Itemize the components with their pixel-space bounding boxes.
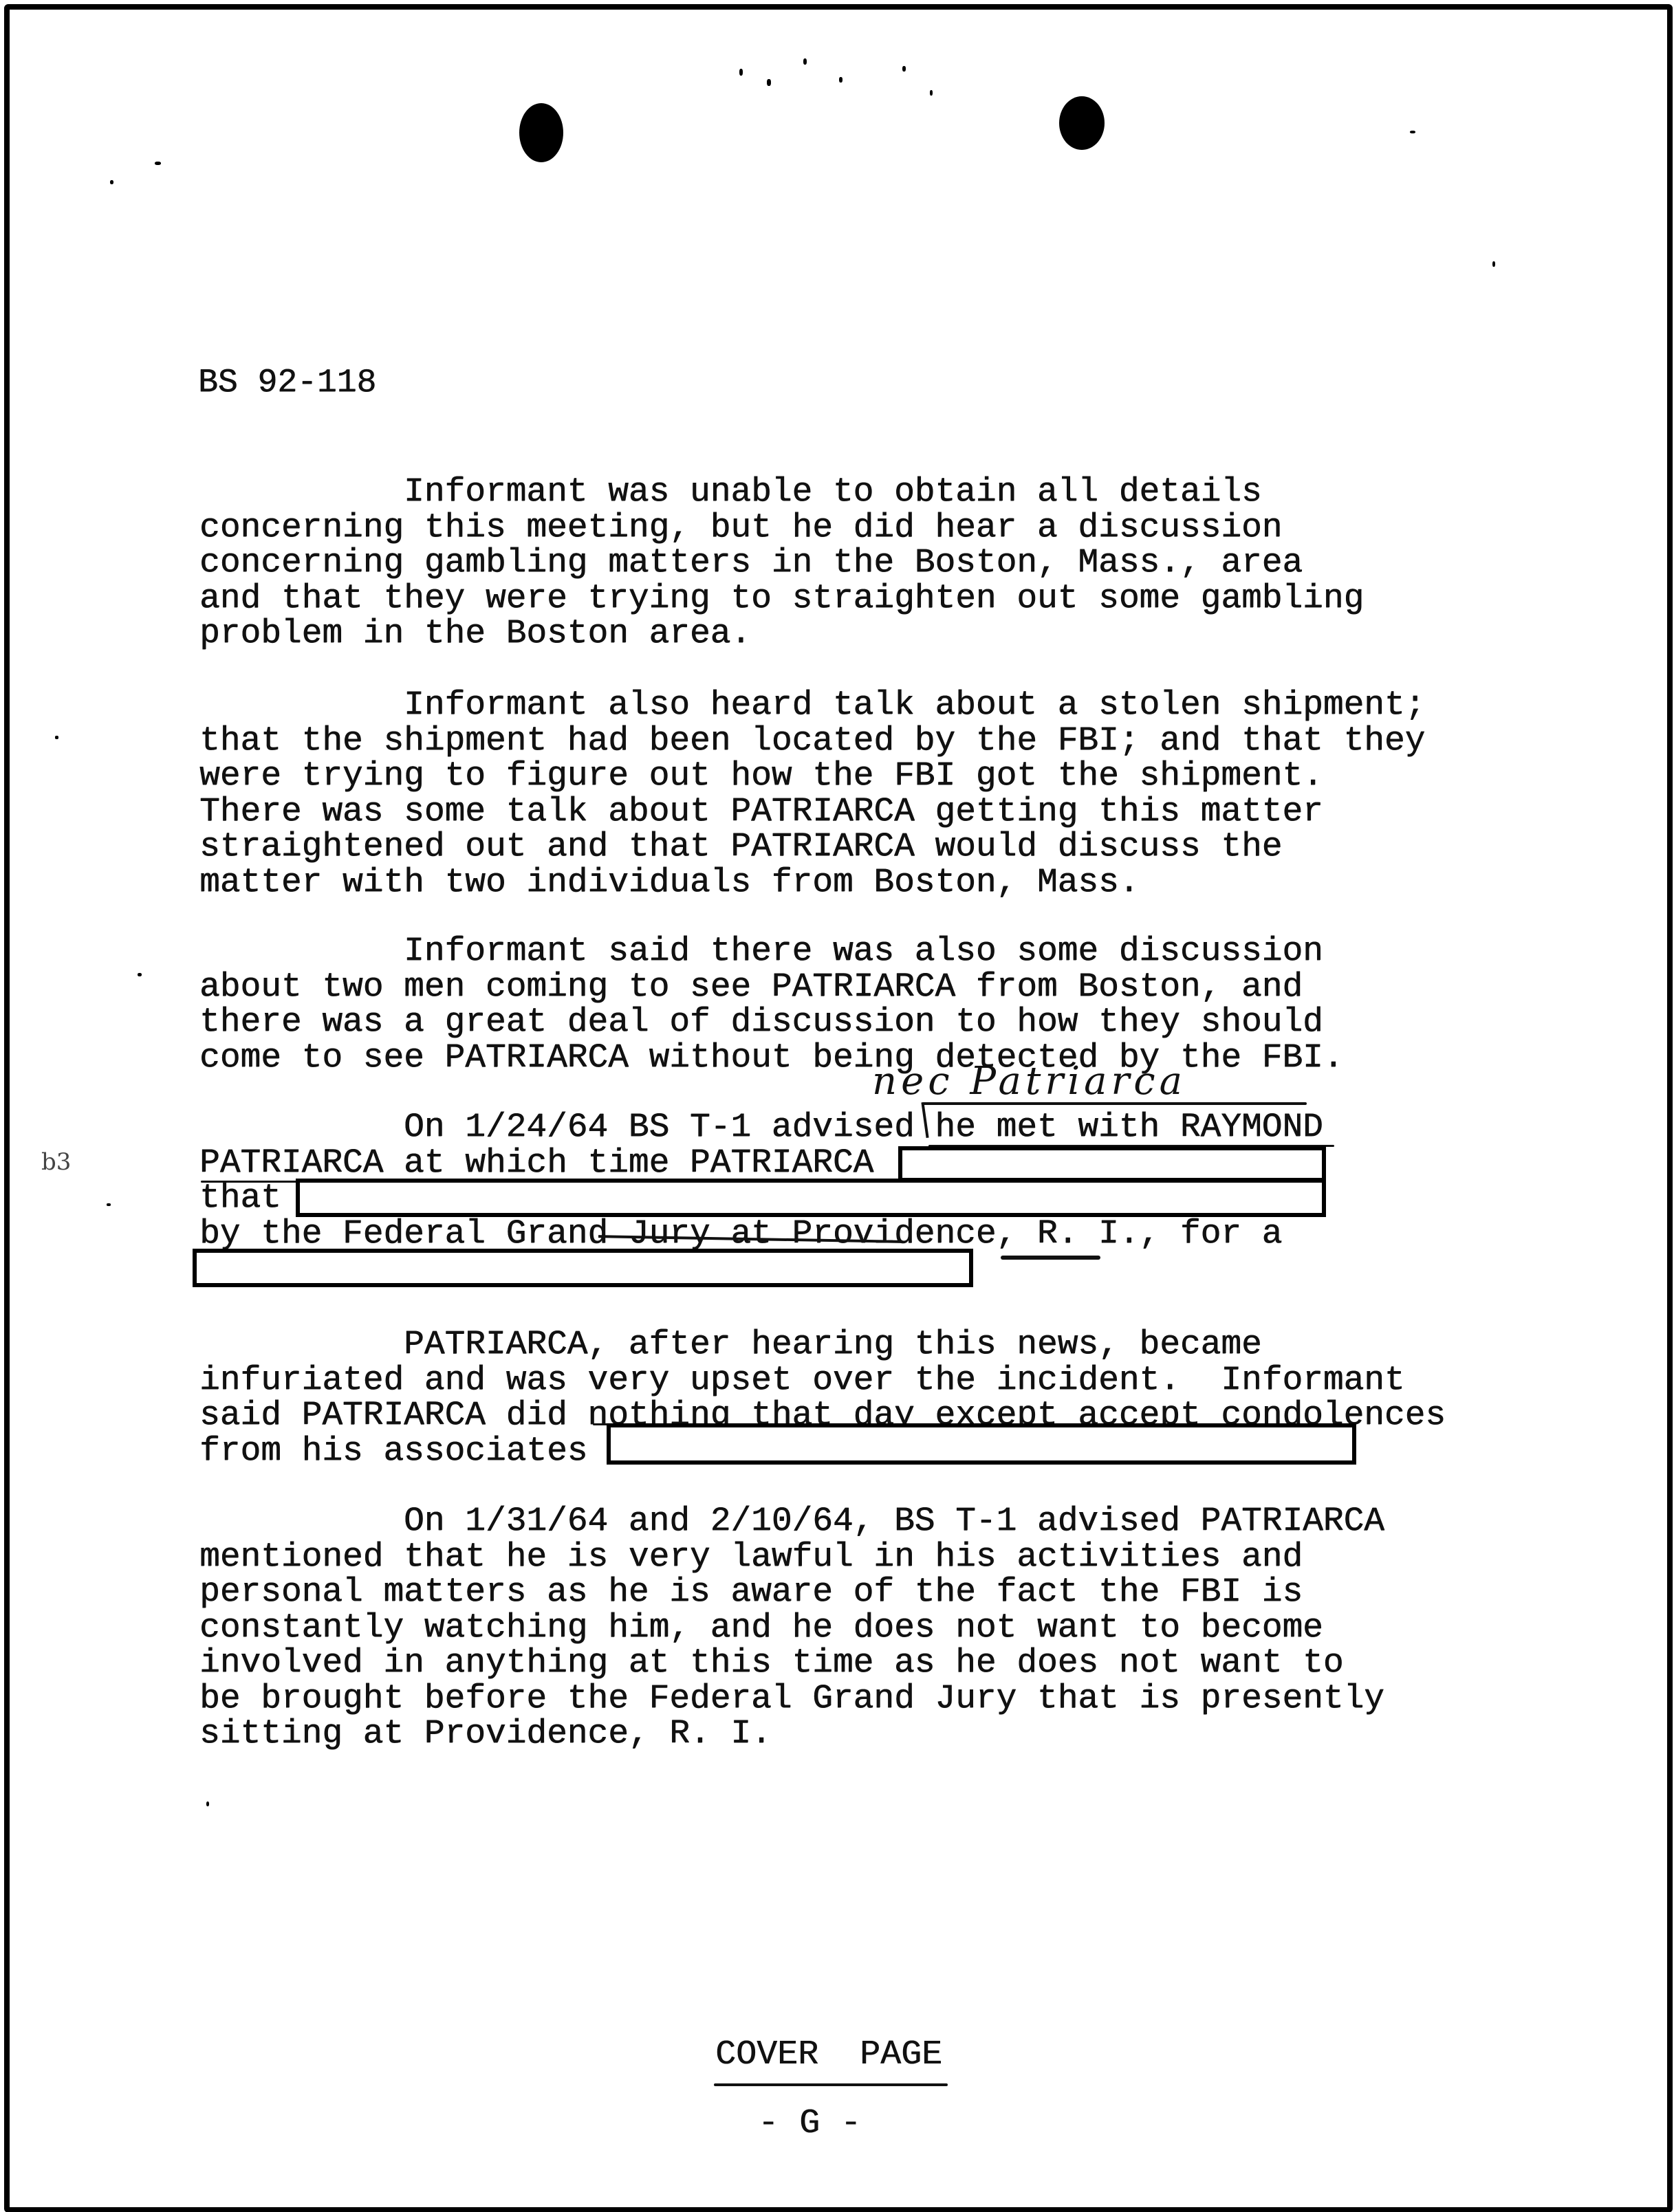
punch-hole-left xyxy=(519,103,563,162)
paragraph-1: Informant was unable to obtain all detai… xyxy=(199,474,240,687)
redaction-box xyxy=(607,1423,1356,1465)
scan-speck xyxy=(930,90,933,96)
handwritten-underline xyxy=(922,1102,1307,1105)
scan-speck xyxy=(739,69,743,76)
scan-speck xyxy=(55,736,58,739)
text-line: infuriated and was very upset over the i… xyxy=(199,1363,1405,1399)
text-line: Informant said there was also some discu… xyxy=(199,934,1323,970)
scan-speck xyxy=(803,58,807,65)
text-line: concerning gambling matters in the Bosto… xyxy=(199,545,1303,581)
scan-speck xyxy=(206,1802,209,1806)
redaction-box xyxy=(193,1249,973,1287)
scan-speck xyxy=(767,79,771,86)
text-line: concerning this meeting, but he did hear… xyxy=(199,510,1282,546)
handwritten-note: nec Patriarca xyxy=(872,1059,1186,1104)
scan-speck xyxy=(902,66,906,72)
text-line: personal matters as he is aware of the f… xyxy=(199,1575,1303,1610)
file-number: BS 92-118 xyxy=(198,366,376,402)
text-line: that xyxy=(199,1181,281,1216)
text-line: constantly watching him, and he does not… xyxy=(199,1610,1323,1646)
scan-speck xyxy=(138,973,142,976)
paragraph-3: Informant said there was also some discu… xyxy=(199,934,240,1111)
text-line: On 1/31/64 and 2/10/64, BS T-1 advised P… xyxy=(199,1504,1384,1540)
paragraph-5: PATRIARCA, after hearing this news, beca… xyxy=(199,1327,240,1504)
redaction-box xyxy=(898,1146,1326,1182)
text-line: straightened out and that PATRIARCA woul… xyxy=(199,829,1282,865)
text-line: Informant was unable to obtain all detai… xyxy=(199,474,1262,510)
text-line: matter with two individuals from Boston,… xyxy=(199,865,1139,901)
text-line: PATRIARCA, after hearing this news, beca… xyxy=(199,1327,1262,1363)
text-line: that the shipment had been located by th… xyxy=(199,723,1425,759)
scan-speck xyxy=(1410,131,1415,133)
scan-speck xyxy=(1492,261,1495,267)
text-line: mentioned that he is very lawful in his … xyxy=(199,1540,1303,1575)
text-line: were trying to figure out how the FBI go… xyxy=(199,758,1323,794)
text-line: there was a great deal of discussion to … xyxy=(199,1005,1323,1040)
text-line: There was some talk about PATRIARCA gett… xyxy=(199,794,1323,830)
paragraph-2: Informant also heard talk about a stolen… xyxy=(199,688,240,936)
page-label: - G - xyxy=(758,2104,861,2143)
text-line: Informant also heard talk about a stolen… xyxy=(199,688,1425,723)
exemption-code-label: b3 xyxy=(41,1148,71,1176)
redaction-box xyxy=(296,1179,1326,1217)
cover-page-title: COVER PAGE xyxy=(715,2035,942,2074)
scan-speck xyxy=(110,180,113,184)
scan-speck xyxy=(107,1203,111,1206)
punch-hole-right xyxy=(1059,96,1105,150)
text-line: from his associates xyxy=(199,1434,587,1469)
scan-speck xyxy=(155,162,161,165)
text-line: problem in the Boston area. xyxy=(199,616,751,652)
text-line: PATRIARCA at which time PATRIARCA xyxy=(199,1146,873,1181)
text-line: sitting at Providence, R. I. xyxy=(199,1716,772,1752)
text-line: involved in anything at this time as he … xyxy=(199,1645,1343,1681)
text-line: by the Federal Grand Jury at Providence,… xyxy=(199,1216,1282,1252)
text-line: and that they were trying to straighten … xyxy=(199,581,1364,617)
cover-page-underline xyxy=(714,2083,948,2086)
text-line: about two men coming to see PATRIARCA fr… xyxy=(199,970,1303,1005)
paragraph-6: On 1/31/64 and 2/10/64, BS T-1 advised P… xyxy=(199,1504,240,1787)
text-line: be brought before the Federal Grand Jury… xyxy=(199,1681,1384,1717)
handwritten-underline xyxy=(1001,1256,1100,1260)
scan-speck xyxy=(839,77,843,83)
text-line: On 1/24/64 BS T-1 advised he met with RA… xyxy=(199,1110,1323,1146)
